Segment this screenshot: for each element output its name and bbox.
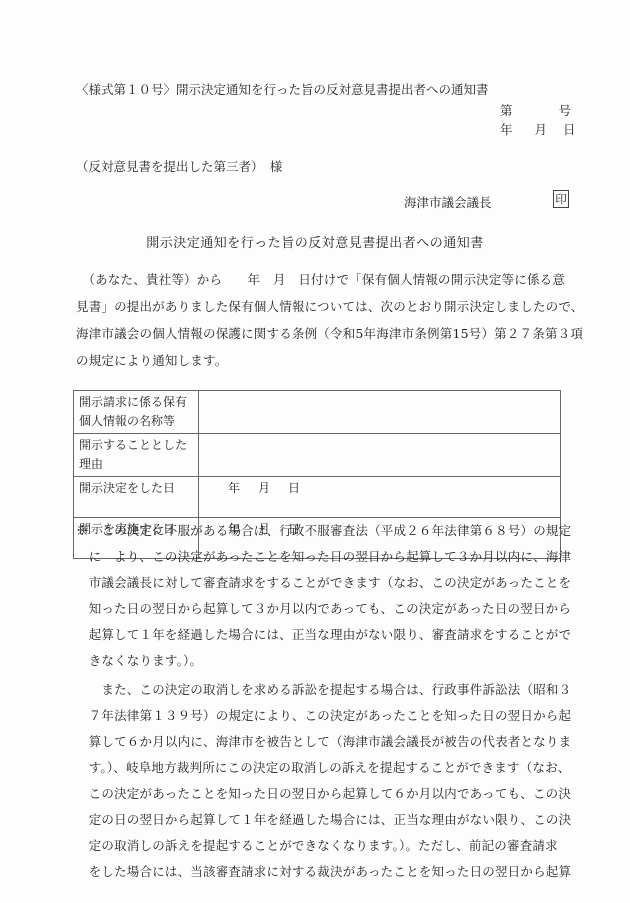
body-line: （あなた、貴社等）から 年 月 日付けで「保有個人情報の開示決定等に係る意 — [76, 270, 565, 288]
row-value — [199, 391, 561, 434]
row-label: 開示決定をした日 — [74, 477, 199, 518]
document-heading: 開示決定通知を行った旨の反対意見書提出者への通知書 — [0, 232, 630, 251]
document-date: 年 月 日 — [500, 120, 570, 138]
row-value — [199, 434, 561, 477]
row-label: 開示することとした 理由 — [74, 434, 199, 477]
table-row: 開示することとした 理由 — [74, 434, 561, 477]
date-year: 年 — [500, 122, 513, 137]
body-line: 海津市議会の個人情報の保護に関する条例（令和5年海津市条例第15号）第２７条第３… — [76, 324, 583, 342]
row-value-date: 年月日 — [199, 477, 561, 518]
table-row: 開示請求に係る保有 個人情報の名称等 — [74, 391, 561, 434]
note-line: 知った日の翌日から起算して３か月以内であっても、この決定があった日の翌日から — [76, 599, 571, 617]
note-line: ※ この決定に不服がある場合は、行政不服審査法（平成２６年法律第６８号）の規定 — [76, 521, 571, 539]
recipient: （反対意見書を提出した第三者） 様 — [76, 157, 282, 175]
body-line: の規定により通知します。 — [76, 351, 227, 369]
note-line: 定の日の翌日から起算して１年を経過した場合には、正当な理由がない限り、この決 — [76, 810, 571, 828]
note-line: に より、この決定があったことを知った日の翌日から起算して３か月以内に、海津 — [76, 547, 571, 565]
note-line: きなくなります。）。 — [76, 651, 202, 669]
note-line: 起算して１年を経過した場合には、正当な理由がない限り、審査請求をすることがで — [76, 625, 571, 643]
note-line: す。）、岐阜地方裁判所にこの決定の取消しの訴えを提起することができます（なお、 — [76, 758, 571, 776]
body-line: 見書」の提出がありました保有個人情報については、次のとおり開示決定しましたので、 — [76, 297, 584, 315]
issuer-name: 海津市議会議長 — [404, 193, 492, 211]
note-line: をした場合には、当該審査請求に対する裁決があったことを知った日の翌日から起算 — [76, 862, 571, 880]
seal-mark: 印 — [553, 190, 569, 208]
date-month: 月 — [534, 122, 547, 137]
note-line: 算して６か月以内に、海津市を被告として（海津市議会議長が被告の代表者となりま — [76, 732, 571, 750]
note-line: また、この決定の取消しを求める訴訟を提起する場合は、行政事件訴訟法（昭和３ — [76, 680, 571, 698]
note-line: 市議会議長に対して審査請求をすることができます（なお、この決定があったことを — [76, 573, 571, 591]
form-title: 〈様式第１０号〉開示決定通知を行った旨の反対意見書提出者への通知書 — [76, 80, 489, 98]
table-row: 開示決定をした日 年月日 — [74, 477, 561, 518]
note-line: 定の取消しの訴えを提起することができなくなります。）。ただし、前記の審査請求 — [76, 836, 558, 854]
note-line: ７年法律第１３９号）の規定により、この決定があったことを知った日の翌日から起 — [76, 706, 571, 724]
note-line: この決定があったことを知った日の翌日から起算して６か月以内であっても、この決 — [76, 784, 571, 802]
document-number: 第 号 — [500, 101, 570, 119]
doc-number-prefix: 第 — [500, 101, 513, 119]
date-day: 日 — [563, 122, 576, 137]
row-label: 開示請求に係る保有 個人情報の名称等 — [74, 391, 199, 434]
doc-number-suffix: 号 — [558, 101, 571, 119]
